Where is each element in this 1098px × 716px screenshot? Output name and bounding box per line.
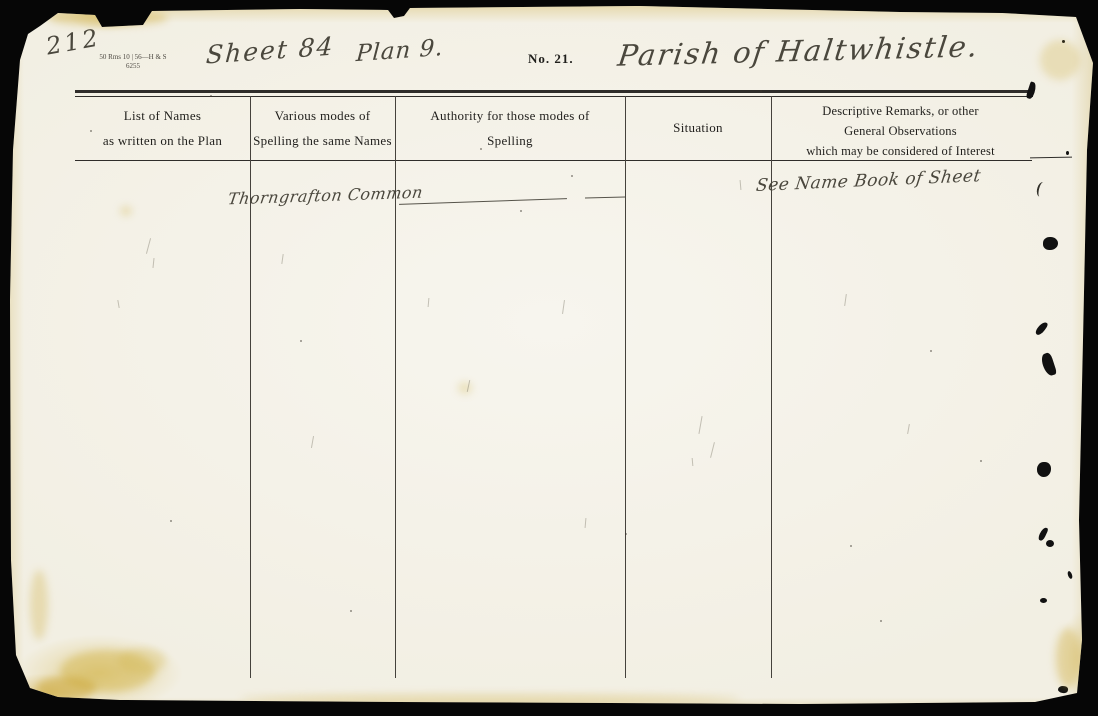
entry-ditto-line-short [585, 196, 625, 198]
ink-blot [1043, 237, 1058, 250]
ink-blot [1066, 151, 1069, 155]
document-paper: 212 50 Rms 10 | 56—H & S 6255 Sheet 84 P… [0, 0, 1098, 716]
entry-remarks: See Name Book of Sheet [755, 166, 982, 196]
paper-speck [760, 90, 762, 92]
column-header-authority: Authority for those modes of Spelling [395, 103, 625, 153]
stain [1040, 40, 1080, 80]
print-code-line1: 50 Rms 10 | 56—H & S [78, 53, 188, 62]
form-number: No. 21. [528, 51, 574, 67]
paper-speck [913, 43, 915, 45]
bleed-mark [710, 442, 715, 458]
ink-blot [1040, 352, 1058, 377]
bleed-mark [146, 238, 151, 254]
paper-speck [930, 350, 932, 352]
bleed-mark [281, 254, 283, 264]
print-code-line2: 6255 [78, 62, 188, 71]
bleed-mark [152, 258, 154, 268]
stain [36, 676, 96, 700]
paper-speck [450, 90, 452, 92]
ink-blot [1067, 571, 1073, 580]
column-header-list-of-names: List of Names as written on the Plan [75, 103, 250, 153]
paper-speck [520, 210, 522, 212]
paper-speck [625, 533, 627, 535]
stain [30, 570, 48, 640]
column-header-line: Spelling the same Names [250, 128, 395, 153]
bleed-mark [740, 180, 742, 190]
column-header-line: as written on the Plan [75, 128, 250, 153]
paper-speck [90, 130, 92, 132]
table-top-rule-thick [75, 90, 1033, 93]
sheet-label: Sheet 84 [205, 31, 335, 69]
column-header-line: General Observations [771, 121, 1030, 141]
scanned-page-background: { "document": { "page_number": "212", "p… [0, 0, 1098, 716]
paper-speck [571, 175, 573, 177]
column-header-line: Authority for those modes of [395, 103, 625, 128]
pen-stroke-mark [1035, 181, 1047, 198]
paper-speck [350, 610, 352, 612]
paper-speck [480, 148, 482, 150]
stain [118, 648, 166, 674]
ink-blot [1037, 526, 1048, 541]
ink-blot [1046, 540, 1054, 547]
column-header-line: List of Names [75, 103, 250, 128]
bleed-mark [428, 298, 430, 307]
bleed-mark [907, 424, 910, 434]
stain [120, 206, 132, 216]
stain [458, 382, 472, 394]
plan-label: Plan 9. [355, 35, 444, 67]
bleed-mark [692, 458, 694, 466]
header-bottom-rule-extension [1030, 157, 1072, 159]
paper-speck [300, 340, 302, 342]
column-divider-1 [250, 96, 251, 678]
bleed-mark [698, 416, 702, 434]
bleed-mark [844, 294, 847, 306]
column-header-line: which may be considered of Interest [771, 141, 1030, 161]
print-code: 50 Rms 10 | 56—H & S 6255 [78, 53, 188, 71]
column-header-line: Spelling [395, 128, 625, 153]
column-divider-3 [625, 96, 626, 678]
ink-blot [1040, 598, 1047, 603]
ink-blot [1037, 462, 1051, 477]
ink-blot [1026, 81, 1038, 99]
entry-ditto-line [399, 198, 567, 205]
column-header-situation: Situation [625, 115, 771, 140]
table-top-rule-thin [75, 96, 1033, 97]
paper-speck [170, 520, 172, 522]
stain [1055, 628, 1081, 688]
paper-speck [980, 460, 982, 462]
stain [48, 10, 168, 26]
paper-speck [210, 95, 212, 97]
parish-title: Parish of Haltwhistle. [616, 29, 982, 73]
bleed-mark [585, 518, 587, 528]
paper-speck [850, 545, 852, 547]
bleed-mark [562, 300, 565, 314]
stain [240, 694, 740, 704]
bleed-mark [311, 436, 314, 448]
bleed-mark [117, 300, 119, 308]
column-header-descriptive-remarks: Descriptive Remarks, or other General Ob… [771, 101, 1030, 161]
paper-speck [880, 620, 882, 622]
column-header-line: Situation [625, 115, 771, 140]
column-header-line: Various modes of [250, 103, 395, 128]
column-header-various-modes: Various modes of Spelling the same Names [250, 103, 395, 153]
column-header-line: Descriptive Remarks, or other [771, 101, 1030, 121]
ink-blot [1034, 320, 1048, 336]
